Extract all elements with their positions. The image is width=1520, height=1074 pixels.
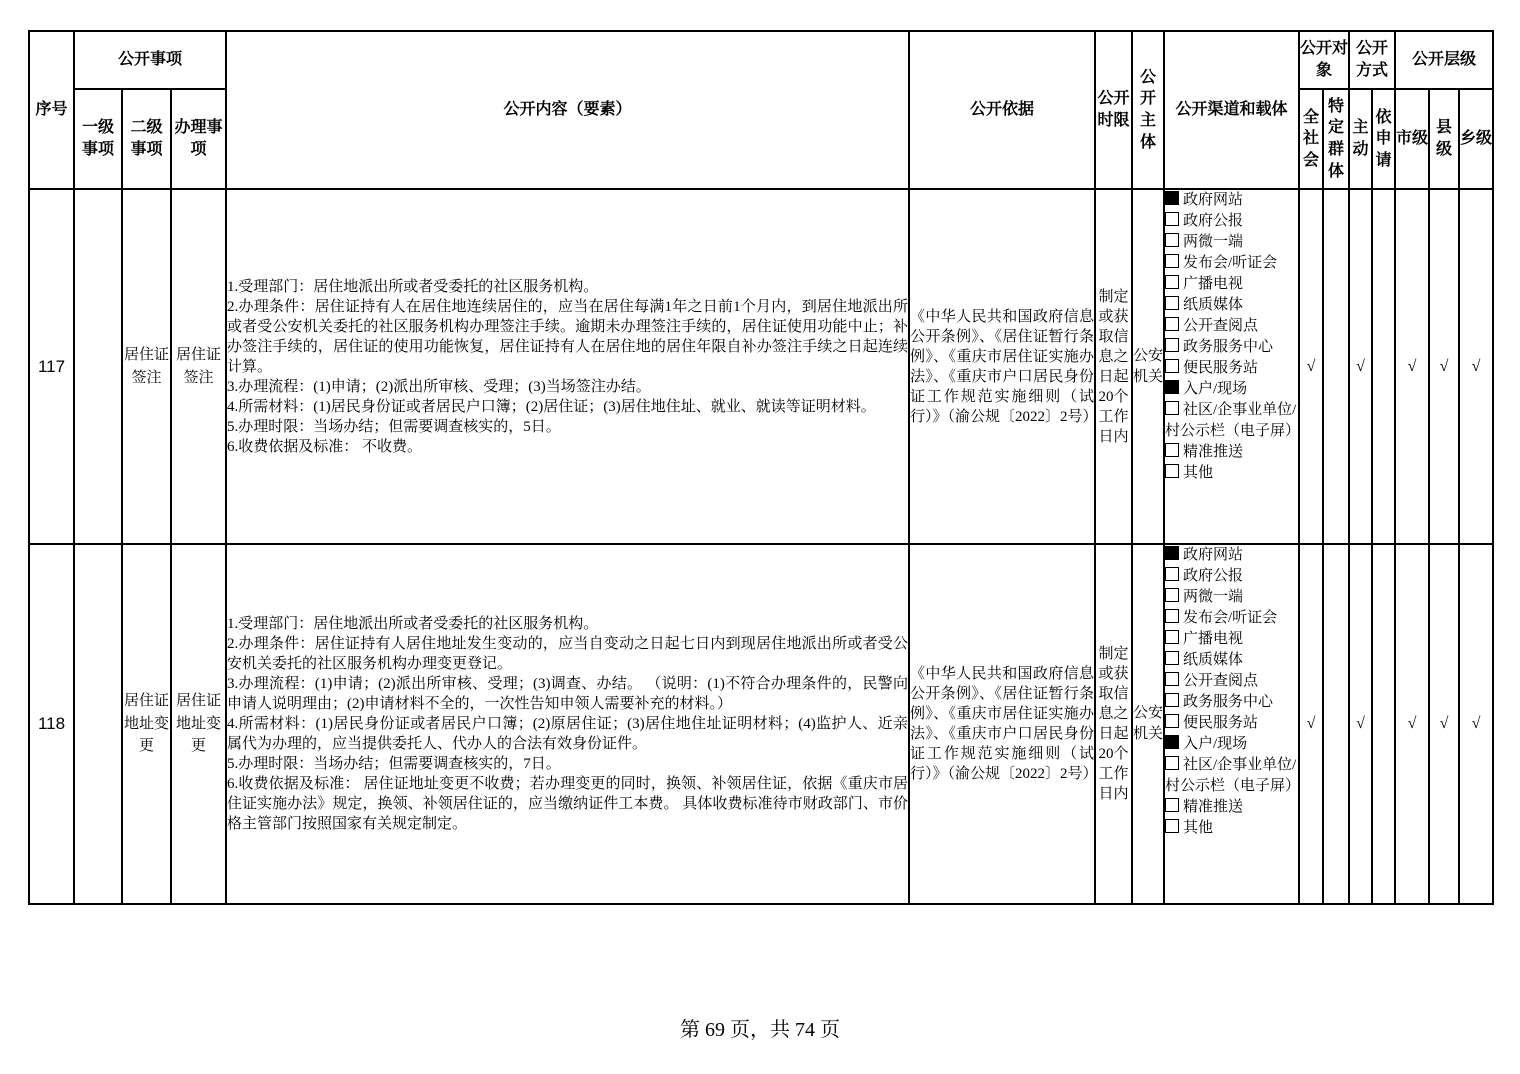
channel-item: 发布会/听证会 — [1165, 253, 1298, 274]
col-header-audience-specific: 特定群体 — [1323, 89, 1349, 189]
col-header-time-limit: 公开时限 — [1095, 31, 1132, 189]
checkbox-icon — [1165, 735, 1179, 749]
check-audience-all: √ — [1299, 544, 1323, 904]
channel-label: 两微一端 — [1183, 234, 1243, 250]
channel-item: 政务服务中心 — [1165, 337, 1298, 358]
channel-item: 纸质媒体 — [1165, 295, 1298, 316]
checkbox-icon — [1165, 317, 1179, 331]
checkbox-icon — [1165, 254, 1179, 268]
page-number: 第 69 页，共 74 页 — [0, 1013, 1520, 1042]
checkbox-icon — [1165, 609, 1179, 623]
check-mode-request — [1372, 189, 1395, 544]
channel-item: 其他 — [1165, 818, 1298, 839]
channel-item: 精准推送 — [1165, 797, 1298, 818]
channel-label: 入户/现场 — [1183, 736, 1247, 752]
channel-item: 社区/企事业单位/村公示栏（电子屏） — [1165, 755, 1298, 797]
checkbox-icon — [1165, 443, 1179, 457]
check-audience-all: √ — [1299, 189, 1323, 544]
check-level-county: √ — [1429, 189, 1459, 544]
checkbox-icon — [1165, 212, 1179, 226]
channel-item: 政府网站 — [1165, 545, 1298, 566]
channel-item: 两微一端 — [1165, 587, 1298, 608]
item-cell: 居住证地址变更 — [171, 544, 226, 904]
checkbox-icon — [1165, 296, 1179, 310]
level2-cell: 居住证地址变更 — [122, 544, 171, 904]
channel-item: 发布会/听证会 — [1165, 608, 1298, 629]
channel-label: 精准推送 — [1183, 444, 1243, 460]
checkbox-icon — [1165, 275, 1179, 289]
channel-label: 便民服务站 — [1183, 715, 1258, 731]
check-mode-active: √ — [1349, 544, 1372, 904]
col-header-group-audience: 公开对象 — [1299, 31, 1349, 89]
document-page: 序号 公开事项 公开内容（要素） 公开依据 公开时限 公开主体 公开渠道和载体 … — [0, 0, 1520, 1074]
check-level-township: √ — [1459, 544, 1493, 904]
seq-cell: 118 — [29, 544, 74, 904]
channel-item: 政府网站 — [1165, 190, 1298, 211]
checkbox-icon — [1165, 819, 1179, 833]
check-audience-specific — [1323, 544, 1349, 904]
checkbox-icon — [1165, 191, 1179, 205]
channel-label: 其他 — [1183, 465, 1213, 481]
seq-cell: 117 — [29, 189, 74, 544]
check-level-city: √ — [1395, 189, 1429, 544]
channel-item: 入户/现场 — [1165, 734, 1298, 755]
checkbox-icon — [1165, 630, 1179, 644]
channel-item: 政府公报 — [1165, 211, 1298, 232]
col-header-group-mode: 公开方式 — [1349, 31, 1395, 89]
channel-item: 入户/现场 — [1165, 379, 1298, 400]
check-audience-specific — [1323, 189, 1349, 544]
channel-label: 精准推送 — [1183, 799, 1243, 815]
level2-cell: 居住证签注 — [122, 189, 171, 544]
col-header-group-level: 公开层级 — [1395, 31, 1493, 89]
checkbox-icon — [1165, 651, 1179, 665]
channel-label: 政务服务中心 — [1183, 339, 1273, 355]
channel-label: 发布会/听证会 — [1183, 610, 1277, 626]
channels-cell: 政府网站 政府公报 两微一端 发布会/听证会 广播电视 纸质媒体 公开查阅点 — [1164, 544, 1299, 904]
channel-label: 政务服务中心 — [1183, 694, 1273, 710]
col-header-level-county: 县级 — [1429, 89, 1459, 189]
col-header-channels: 公开渠道和载体 — [1164, 31, 1299, 189]
time-limit-cell: 制定或获取信息之日起20个工作日内 — [1095, 189, 1132, 544]
subject-cell: 公安机关 — [1132, 189, 1164, 544]
channel-item: 公开查阅点 — [1165, 671, 1298, 692]
channel-label: 其他 — [1183, 820, 1213, 836]
channel-label: 广播电视 — [1183, 631, 1243, 647]
channel-item: 便民服务站 — [1165, 713, 1298, 734]
checkbox-icon — [1165, 338, 1179, 352]
check-mode-request — [1372, 544, 1395, 904]
channel-label: 政府网站 — [1183, 192, 1243, 208]
checkbox-icon — [1165, 546, 1179, 560]
channel-item: 两微一端 — [1165, 232, 1298, 253]
channel-label: 入户/现场 — [1183, 381, 1247, 397]
col-header-mode-active: 主动 — [1349, 89, 1372, 189]
check-level-township: √ — [1459, 189, 1493, 544]
channel-item: 广播电视 — [1165, 274, 1298, 295]
level1-cell — [74, 189, 122, 544]
channel-label: 公开查阅点 — [1183, 673, 1258, 689]
checkbox-icon — [1165, 233, 1179, 247]
col-header-seq: 序号 — [29, 31, 74, 189]
channel-label: 两微一端 — [1183, 589, 1243, 605]
col-header-subject: 公开主体 — [1132, 31, 1164, 189]
check-level-county: √ — [1429, 544, 1459, 904]
channel-item: 社区/企事业单位/村公示栏（电子屏） — [1165, 400, 1298, 442]
table-row-118: 118 居住证地址变更 居住证地址变更 1.受理部门：居住地派出所或者受委托的社… — [29, 544, 1493, 904]
col-header-basis: 公开依据 — [909, 31, 1095, 189]
channel-label: 广播电视 — [1183, 276, 1243, 292]
checkbox-icon — [1165, 693, 1179, 707]
channel-item: 便民服务站 — [1165, 358, 1298, 379]
checkbox-icon — [1165, 359, 1179, 373]
col-header-audience-all: 全社会 — [1299, 89, 1323, 189]
channel-item: 精准推送 — [1165, 442, 1298, 463]
channels-cell: 政府网站 政府公报 两微一端 发布会/听证会 广播电视 纸质媒体 公开查阅点 — [1164, 189, 1299, 544]
checkbox-icon — [1165, 588, 1179, 602]
channel-label: 发布会/听证会 — [1183, 255, 1277, 271]
channel-label: 政府公报 — [1183, 213, 1243, 229]
content-cell: 1.受理部门：居住地派出所或者受委托的社区服务机构。 2.办理条件：居住证持有人… — [226, 189, 909, 544]
col-header-level2: 二级事项 — [122, 89, 171, 189]
checkbox-icon — [1165, 756, 1179, 770]
col-header-group-items: 公开事项 — [74, 31, 226, 89]
basis-cell: 《中华人民共和国政府信息公开条例》、《居住证暂行条例》、《重庆市居住证实施办法》… — [909, 189, 1095, 544]
check-level-city: √ — [1395, 544, 1429, 904]
col-header-level-city: 市级 — [1395, 89, 1429, 189]
col-header-level-township: 乡级 — [1459, 89, 1493, 189]
checkbox-icon — [1165, 672, 1179, 686]
content-cell: 1.受理部门：居住地派出所或者受委托的社区服务机构。 2.办理条件：居住证持有人… — [226, 544, 909, 904]
checkbox-icon — [1165, 401, 1179, 415]
channel-item: 政府公报 — [1165, 566, 1298, 587]
checkbox-icon — [1165, 798, 1179, 812]
col-header-content: 公开内容（要素） — [226, 31, 909, 189]
col-header-item: 办理事项 — [171, 89, 226, 189]
disclosure-table: 序号 公开事项 公开内容（要素） 公开依据 公开时限 公开主体 公开渠道和载体 … — [28, 30, 1494, 905]
check-mode-active: √ — [1349, 189, 1372, 544]
channel-label: 社区/企事业单位/村公示栏（电子屏） — [1165, 402, 1299, 439]
item-cell: 居住证签注 — [171, 189, 226, 544]
channel-item: 政务服务中心 — [1165, 692, 1298, 713]
channel-label: 公开查阅点 — [1183, 318, 1258, 334]
channel-label: 纸质媒体 — [1183, 297, 1243, 313]
checkbox-icon — [1165, 464, 1179, 478]
channel-label: 纸质媒体 — [1183, 652, 1243, 668]
time-limit-cell: 制定或获取信息之日起20个工作日内 — [1095, 544, 1132, 904]
checkbox-icon — [1165, 714, 1179, 728]
col-header-mode-request: 依申请 — [1372, 89, 1395, 189]
channel-label: 政府网站 — [1183, 547, 1243, 563]
level1-cell — [74, 544, 122, 904]
subject-cell: 公安机关 — [1132, 544, 1164, 904]
channel-item: 广播电视 — [1165, 629, 1298, 650]
basis-cell: 《中华人民共和国政府信息公开条例》、《居住证暂行条例》、《重庆市居住证实施办法》… — [909, 544, 1095, 904]
channel-label: 政府公报 — [1183, 568, 1243, 584]
channel-label: 社区/企事业单位/村公示栏（电子屏） — [1165, 757, 1299, 794]
channel-item: 公开查阅点 — [1165, 316, 1298, 337]
channel-item: 纸质媒体 — [1165, 650, 1298, 671]
checkbox-icon — [1165, 380, 1179, 394]
table-row-117: 117 居住证签注 居住证签注 1.受理部门：居住地派出所或者受委托的社区服务机… — [29, 189, 1493, 544]
checkbox-icon — [1165, 567, 1179, 581]
channel-label: 便民服务站 — [1183, 360, 1258, 376]
col-header-level1: 一级事项 — [74, 89, 122, 189]
channel-item: 其他 — [1165, 463, 1298, 484]
